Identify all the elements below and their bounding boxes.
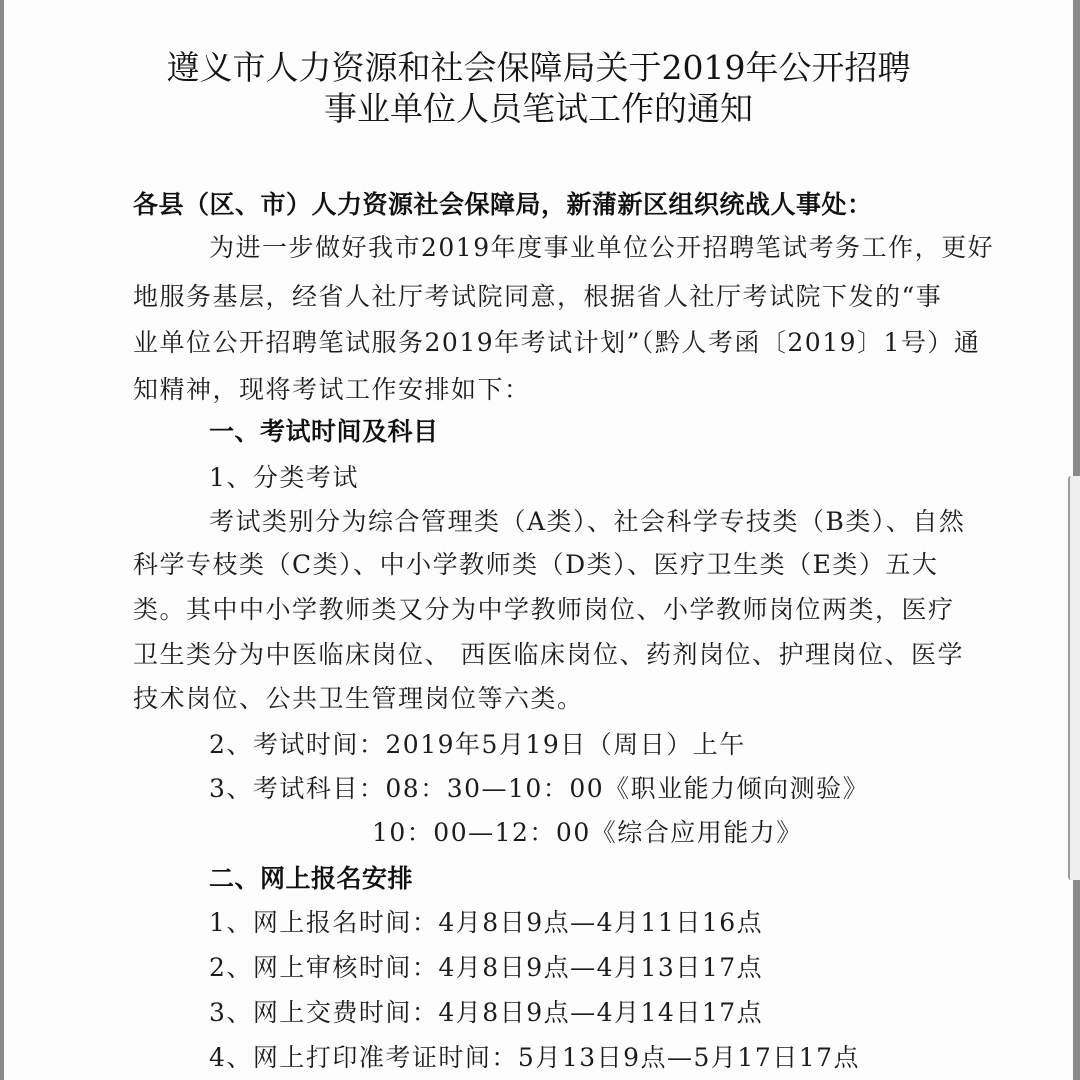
section1-item1-line: 卫生类分为中医临床岗位、 西医临床岗位、药剂岗位、护理岗位、医学 [133,638,964,672]
section1-item3-line2: 10：00—12：00《综合应用能力》 [372,816,803,850]
scrollbar-thumb[interactable] [1068,476,1080,880]
section1-item2: 2、考试时间：2019年5月19日（周日）上午 [209,728,746,762]
section2-item: 3、网上交费时间：4月8日9点—4月14日17点 [209,996,763,1030]
section1-item1-line: 技术岗位、公共卫生管理岗位等六类。 [133,682,584,716]
section1-item1-line: 类。其中中小学教师类又分为中学教师岗位、小学教师岗位两类，医疗 [133,593,955,627]
section2-heading: 二、网上报名安排 [209,862,413,896]
document-page: 遵义市人力资源和社会保障局关于2019年公开招聘 事业单位人员笔试工作的通知 各… [4,0,1073,1080]
intro-line: 为进一步做好我市2019年度事业单位公开招聘笔试考务工作，更好 [209,231,994,265]
document-title-line1: 遵义市人力资源和社会保障局关于2019年公开招聘 [4,46,1073,90]
section2-item: 2、网上审核时间：4月8日9点—4月13日17点 [209,951,763,985]
addressee: 各县（区、市）人力资源社会保障局，新蒲新区组织统战人事处： [133,188,873,222]
document-title-line2: 事业单位人员笔试工作的通知 [4,87,1073,131]
section1-item3-line1: 3、考试科目：08：30—10：00《职业能力倾向测验》 [209,772,869,806]
intro-line: 地服务基层，经省人社厅考试院同意，根据省人社厅考试院下发的“事 [133,280,942,314]
intro-line: 业单位公开招聘笔试服务2019年考试计划”（黔人考函〔2019〕1号）通 [133,326,980,360]
intro-line: 知精神，现将考试工作安排如下： [133,373,531,407]
section2-item: 4、网上打印准考证时间：5月13日9点—5月17日17点 [209,1041,860,1075]
section1-item1-line: 考试类别分为综合管理类（A类）、社会科学专技类（B类）、自然 [209,505,965,539]
section1-item1-line: 科学专枝类（C类）、中小学教师类（D类）、医疗卫生类（E类）五大 [133,548,938,582]
section2-item: 1、网上报名时间：4月8日9点—4月11日16点 [209,906,763,940]
section1-item1-heading: 1、分类考试 [209,461,359,495]
section1-heading: 一、考试时间及科目 [209,415,439,449]
